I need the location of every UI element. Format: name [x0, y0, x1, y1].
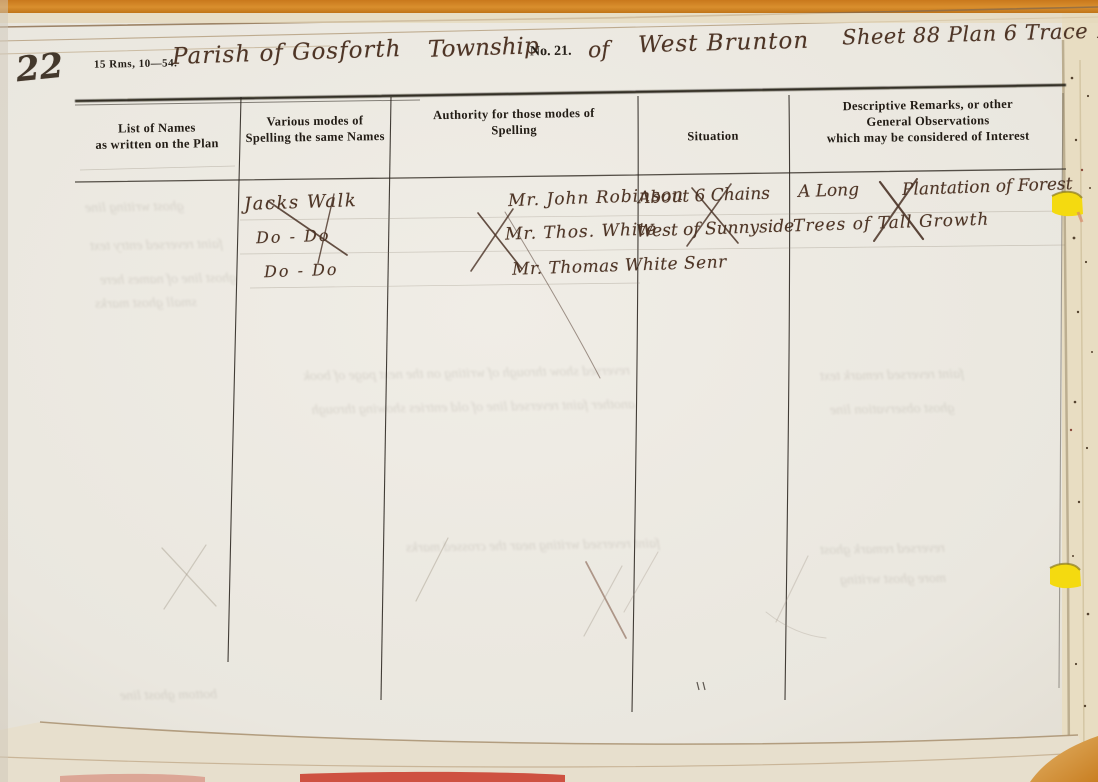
title-number: No. 21. [530, 44, 572, 61]
top-cover-band [0, 0, 1098, 13]
column-header-remarks: Descriptive Remarks, or other General Ob… [792, 95, 1065, 147]
entry-authority-row3: Mr. Thomas White Senr [512, 252, 727, 279]
entry-situation-line1: About 6 Chains [638, 184, 771, 209]
form-reference: 15 Rms, 10—54. [94, 57, 178, 70]
title-place: West Brunton [638, 28, 810, 58]
entry-spelling-row2: Do - Do [256, 226, 331, 248]
bottom-right-cover-corner [1030, 736, 1098, 782]
page-number: 22 [14, 46, 65, 91]
column-header-authority: Authority for those modes of Spelling [395, 104, 633, 139]
paper-speckles [1070, 77, 1093, 708]
entry-spelling-row3: Do - Do [264, 260, 339, 282]
column-header-spelling: Various modes of Spelling the same Names [243, 112, 387, 146]
title-sheet-plan-trace: Sheet 88 Plan 6 Trace 1 [842, 19, 1098, 50]
column-header-names: List of Names as written on the Plan [78, 119, 236, 153]
yellow-binding-ties [1050, 192, 1083, 588]
entry-spelling-row1: Jacks Walk [244, 190, 358, 215]
double-tick-mark [697, 682, 705, 690]
entry-authority-row2: Mr. Thos. White [505, 219, 658, 244]
title-township-word: Township [428, 33, 539, 63]
entry-remarks-line1b: Plantation of Forest [902, 174, 1078, 200]
column-header-situation: Situation [641, 127, 785, 145]
title-of-word: of [588, 38, 610, 64]
entry-remarks-line2: Trees of Tall Growth [793, 210, 990, 237]
title-parish: Parish of Gosforth [172, 36, 402, 70]
scanned-name-book-page: ghost writing line faint reversed entry … [0, 0, 1098, 782]
entry-remarks-line1a: A Long [798, 180, 860, 202]
right-page-edges [1062, 8, 1098, 782]
entry-situation-line2: West of Sunnyside [636, 216, 795, 242]
cross-out-marks [268, 179, 923, 378]
bottom-red-cover-strip [300, 772, 565, 782]
